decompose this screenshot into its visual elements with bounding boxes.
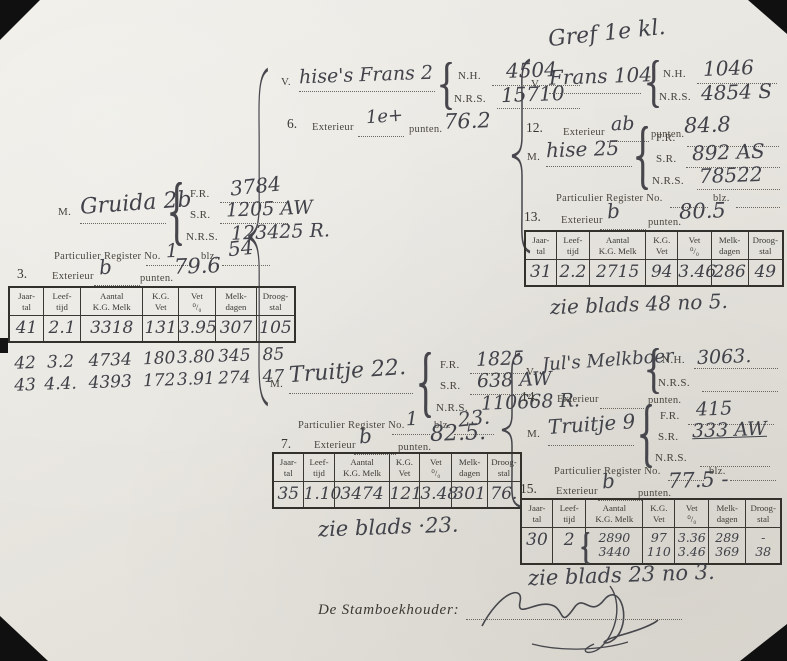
cell: 2890 3440 xyxy=(586,528,643,563)
punten-label: punten. xyxy=(409,124,442,135)
role-label-m: M. xyxy=(527,151,540,163)
register-brace xyxy=(438,62,453,110)
stamboekhouder-signature xyxy=(472,578,662,654)
dotted-line xyxy=(358,135,404,137)
col-kg-melk: Aantal K.G. Melk xyxy=(335,454,389,482)
dotted-line xyxy=(546,165,632,167)
nrs-number-handwritten: 78522 xyxy=(699,164,763,187)
cell: 43 xyxy=(8,375,43,396)
animal-name-handwritten: hise 25 xyxy=(546,138,620,162)
sr-label: S.R. xyxy=(190,209,211,221)
col-leeftijd: Leef- tijd xyxy=(44,288,81,316)
cell: 41 xyxy=(10,316,44,341)
col-jaartal: Jaar- tal xyxy=(10,288,44,316)
sr-number-handwritten: 892 AS xyxy=(692,141,765,165)
register-brace xyxy=(417,352,432,418)
cell: 286 xyxy=(712,260,749,285)
nh-number-handwritten: 3063. xyxy=(697,347,752,369)
col-kg-melk: Aantal K.G. Melk xyxy=(586,500,643,528)
section-number: 7. xyxy=(281,436,291,452)
register-brace xyxy=(634,126,649,190)
sr-label: S.R. xyxy=(658,431,679,443)
blz-no-handwritten: 54 xyxy=(227,237,255,261)
col-kg-vet: K.G. Vet xyxy=(143,288,179,316)
exterieur-grade-handwritten: b xyxy=(98,257,112,279)
animal-name-handwritten: hise's Frans 2 xyxy=(299,64,434,89)
cell: 3.36 3.46 xyxy=(675,528,709,563)
cell: 49 xyxy=(749,260,782,285)
exterieur-label: Exterieur xyxy=(556,486,598,497)
cell: 121 xyxy=(390,482,421,507)
punten-label: punten. xyxy=(648,217,681,228)
exterieur-grade-handwritten: 1e+ xyxy=(365,107,403,128)
section-number: 3. xyxy=(17,266,27,282)
nrs-number-handwritten: 4854 S xyxy=(701,81,773,104)
fr-label: F.R. xyxy=(660,410,680,422)
cell: 85 xyxy=(255,344,293,365)
fr-label: F.R. xyxy=(440,359,460,371)
cell: 3318 xyxy=(81,316,143,341)
col-vet-pct: Vet ⁰/₀ xyxy=(675,500,709,528)
animal-name-handwritten: Frans 104 xyxy=(549,64,653,89)
exterieur-grade-handwritten: b xyxy=(601,471,615,493)
section-number: 13. xyxy=(524,209,541,225)
stack-brace xyxy=(580,532,590,564)
nrs-label: N.R.S. xyxy=(652,175,684,187)
register-brace xyxy=(168,182,183,246)
cell: 1.10 xyxy=(304,482,336,507)
punten-value-handwritten: 77.5 - xyxy=(668,468,729,492)
nh-label: N.H. xyxy=(663,68,686,80)
exterieur-grade-handwritten: ab xyxy=(611,115,635,136)
section-number: 14. xyxy=(521,389,538,405)
role-label-m: M. xyxy=(58,206,71,218)
col-vet-pct: Vet ⁰/₀ xyxy=(678,232,711,260)
col-leeftijd: Leef- tijd xyxy=(557,232,590,260)
col-kg-vet: K.G. Vet xyxy=(643,500,675,528)
nrs-label: N.R.S. xyxy=(658,377,690,389)
sr-label: S.R. xyxy=(440,380,461,392)
punten-value-handwritten: 79.6 xyxy=(174,254,222,278)
dotted-line xyxy=(730,479,776,481)
col-jaartal: Jaar- tal xyxy=(522,500,553,528)
cell: 3.48 xyxy=(420,482,452,507)
cell: - 38 xyxy=(746,528,780,563)
cell: 307 xyxy=(216,316,257,341)
cell: 180 xyxy=(141,348,177,369)
register-brace xyxy=(638,404,653,468)
col-droogstal: Droog- stal xyxy=(749,232,782,260)
col-kg-vet: K.G. Vet xyxy=(390,454,421,482)
sr-number-handwritten: 638 AW xyxy=(477,370,552,393)
col-kg-melk: Aantal K.G. Melk xyxy=(81,288,143,316)
col-leeftijd: Leef- tijd xyxy=(553,500,587,528)
dotted-line xyxy=(702,390,778,392)
role-label-v: V. xyxy=(526,366,536,378)
col-jaartal: Jaar- tal xyxy=(274,454,304,482)
col-droogstal: Droog- stal xyxy=(257,288,294,316)
cell: 3.46 xyxy=(678,260,711,285)
nh-label: N.H. xyxy=(662,354,685,366)
fr-number-handwritten: 3784 xyxy=(229,173,282,199)
fr-label: F.R. xyxy=(190,188,210,200)
col-kg-melk: Aantal K.G. Melk xyxy=(590,232,646,260)
cell: 94 xyxy=(646,260,678,285)
dotted-line xyxy=(289,392,413,394)
cell: 345 xyxy=(213,345,255,366)
cell: 97 110 xyxy=(643,528,675,563)
cell: 2.2 xyxy=(557,260,590,285)
role-label-m: M. xyxy=(527,428,540,440)
punten-value-handwritten: 82.5. xyxy=(430,421,487,446)
nh-label: N.H. xyxy=(458,70,481,82)
fr-label: F.R. xyxy=(656,132,676,144)
punten-value-handwritten: 84.8 xyxy=(684,113,732,137)
exterieur-grade-handwritten: b xyxy=(358,426,372,448)
scan-blemish xyxy=(0,338,8,353)
milk-record-table: Jaar- tal Leef- tijd Aantal K.G. Melk K.… xyxy=(272,452,522,509)
sr-number-handwritten: 1205 AW xyxy=(226,198,314,221)
stamboekhouder-label: De Stamboekhouder: xyxy=(318,602,459,619)
exterieur-label: Exterieur xyxy=(557,394,599,405)
section-number: 15. xyxy=(520,481,537,497)
cell: 105 xyxy=(257,316,294,341)
see-page-note-handwritten: zie blads ·23. xyxy=(318,514,459,541)
cell: 3.95 xyxy=(179,316,216,341)
register-brace xyxy=(645,60,660,108)
col-vet-pct: Vet ⁰/₀ xyxy=(179,288,216,316)
col-droogstal: Droog- stal xyxy=(488,454,520,482)
cell: 4393 xyxy=(79,371,142,393)
cell: 35 xyxy=(274,482,304,507)
fr-number-handwritten: 1825 xyxy=(476,349,525,371)
col-kg-vet: K.G. Vet xyxy=(646,232,678,260)
cell: 4.4. xyxy=(42,373,80,394)
animal-name-handwritten: Truitje 9 xyxy=(547,411,636,438)
dotted-line xyxy=(80,222,166,224)
sr-number-handwritten: 333 AW xyxy=(692,420,767,443)
dotted-line xyxy=(736,206,780,208)
animal-name-handwritten: Truitje 22. xyxy=(288,356,406,387)
register-no-handwritten: 1 xyxy=(406,410,419,430)
col-melkdagen: Melk- dagen xyxy=(216,288,257,316)
milk-record-table: Jaar- tal Leef- tijd Aantal K.G. Melk K.… xyxy=(520,498,782,565)
role-label-v: V. xyxy=(531,78,541,90)
section-number: 6. xyxy=(287,116,297,132)
exterieur-label: Exterieur xyxy=(52,271,94,282)
cell: 301 xyxy=(452,482,488,507)
punten-value-handwritten: 76.2 xyxy=(444,109,492,133)
exterieur-label: Exterieur xyxy=(312,122,354,133)
milk-record-table: Jaar- tal Leef- tijd Aantal K.G. Melk K.… xyxy=(524,230,784,287)
nrs-label: N.R.S. xyxy=(655,452,687,464)
dotted-line xyxy=(222,264,270,266)
cell: 76. xyxy=(488,482,520,507)
cell: 172 xyxy=(141,370,177,391)
dotted-line xyxy=(548,444,634,446)
nrs-label: N.R.S. xyxy=(454,93,486,105)
cell: 274 xyxy=(213,367,255,388)
dotted-line xyxy=(392,433,430,435)
nrs-label: N.R.S. xyxy=(659,91,691,103)
cell: 3474 xyxy=(335,482,389,507)
dotted-line xyxy=(497,107,580,109)
cell: 3.91 xyxy=(177,369,215,390)
dotted-line xyxy=(697,188,780,190)
col-jaartal: Jaar- tal xyxy=(526,232,557,260)
paper-sheet: Gref 1e kl. V. hise's Frans 2 N.H. 4504 … xyxy=(0,0,787,661)
col-melkdagen: Melk- dagen xyxy=(712,232,749,260)
cell: 131 xyxy=(143,316,179,341)
col-melkdagen: Melk- dagen xyxy=(452,454,488,482)
role-label-v: V. xyxy=(281,76,291,88)
nh-number-handwritten: 1046 xyxy=(703,57,755,80)
cell: 289 369 xyxy=(709,528,746,563)
cell: 31 xyxy=(526,260,557,285)
cell: 2715 xyxy=(590,260,646,285)
exterieur-label: Exterieur xyxy=(561,215,603,226)
nrs-label: N.R.S. xyxy=(186,231,218,243)
cell: 42 xyxy=(8,353,43,374)
col-vet-pct: Vet ⁰/₀ xyxy=(420,454,452,482)
sr-label: S.R. xyxy=(656,153,677,165)
col-droogstal: Droog- stal xyxy=(746,500,780,528)
punten-label: punten. xyxy=(140,273,173,284)
fr-number-handwritten: 415 xyxy=(696,399,733,420)
milk-record-table: Jaar- tal Leef- tijd Aantal K.G. Melk K.… xyxy=(8,286,296,343)
scanned-document: Gref 1e kl. V. hise's Frans 2 N.H. 4504 … xyxy=(0,0,787,661)
cell: 4734 xyxy=(79,349,142,371)
cell: 2.1 xyxy=(44,316,81,341)
punten-value-handwritten: 80.5 xyxy=(679,199,727,223)
particulier-register-label: Particulier Register No. xyxy=(298,420,405,431)
see-page-note-handwritten: zie blads 48 no 5. xyxy=(550,291,728,318)
cell: 3.2 xyxy=(42,351,80,372)
dotted-line xyxy=(299,90,435,92)
col-melkdagen: Melk- dagen xyxy=(709,500,746,528)
exterieur-grade-handwritten: b xyxy=(606,201,620,223)
dotted-line xyxy=(549,92,641,94)
role-label-m: M. xyxy=(270,378,283,390)
class-heading-handwritten: Gref 1e kl. xyxy=(547,16,666,51)
section-number: 12. xyxy=(526,120,543,136)
exterieur-label: Exterieur xyxy=(314,440,356,451)
col-leeftijd: Leef- tijd xyxy=(304,454,336,482)
cell: 30 xyxy=(522,528,553,563)
cell: 3.80 xyxy=(177,347,215,368)
